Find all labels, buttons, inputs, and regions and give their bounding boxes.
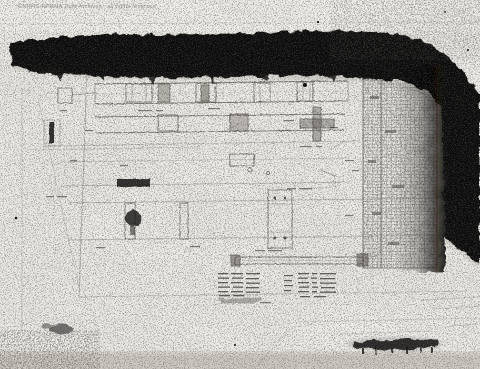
drawing-canvas <box>0 0 480 369</box>
scanned-drawing-page: CNRHS-NPRHA Joint Archives - all rights … <box>0 0 480 369</box>
scan-noise-top-right <box>330 0 480 60</box>
archive-watermark: CNRHS-NPRHA Joint Archives - all rights … <box>18 4 156 10</box>
scan-noise-bottom-left <box>0 330 100 369</box>
